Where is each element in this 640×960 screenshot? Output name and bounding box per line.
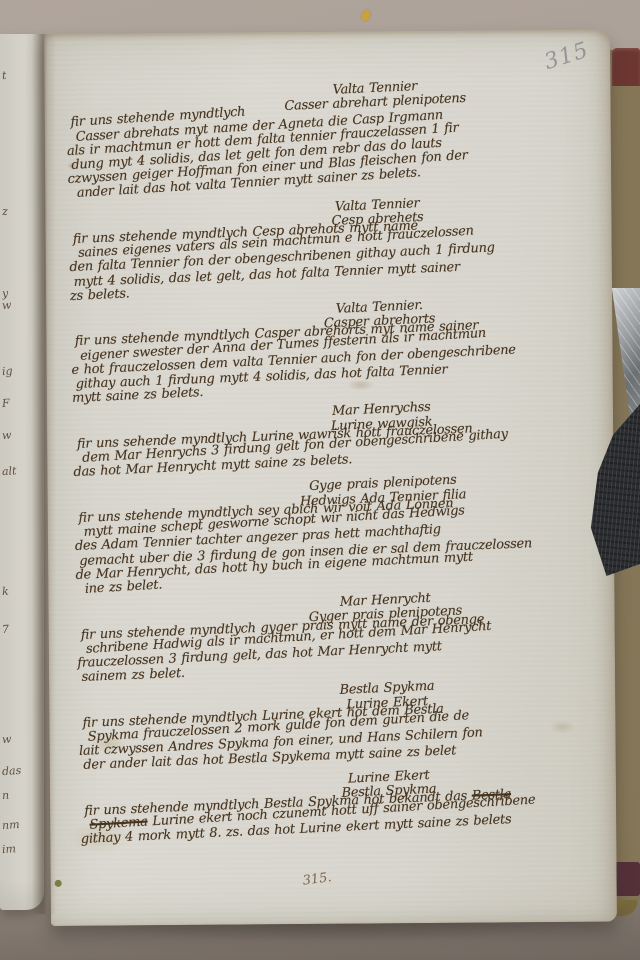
ink-folio-number: 315. — [302, 870, 333, 889]
photo-of-manuscript-book: tzywigFwaltk7wdasnnmim 315 Valta Tennier… — [0, 0, 640, 960]
margin-fragment: nm — [2, 817, 37, 833]
margin-fragment: t — [2, 67, 37, 83]
section: Valta Tennier.Casper abrehortsfir uns st… — [70, 296, 606, 406]
section: Mar HenrychssLurine wawgiskfir uns sehen… — [72, 399, 607, 481]
left-page: tzywigFwaltk7wdasnnmim — [0, 34, 44, 910]
margin-fragment: n — [2, 787, 37, 803]
margin-fragment: alt — [2, 463, 37, 479]
margin-fragment: F — [2, 395, 37, 411]
pencil-folio-number: 315 — [541, 38, 591, 75]
margin-fragment: w — [2, 297, 37, 313]
manuscript-text: Valta TennierCasser abrehart plenipotens… — [66, 74, 615, 847]
section: Gyge prais plenipotensHedwigs Ada Tennie… — [74, 473, 610, 597]
page-stain — [55, 880, 62, 887]
section: Mar HenrychtGyger prais plenipotensfir u… — [76, 589, 612, 685]
section: Valta TennierCasser abrehart plenipotens… — [66, 77, 602, 201]
margin-fragment: z — [2, 203, 37, 219]
section: Lurine EkertBestla Spykmafir uns stehend… — [80, 766, 615, 848]
section: Bestla SpykmaLurine Ekertfir uns stehend… — [78, 678, 614, 774]
margin-fragment: 7 — [2, 621, 37, 637]
margin-fragment: w — [2, 731, 37, 747]
margin-fragment: w — [2, 427, 37, 443]
margin-fragment: k — [2, 583, 37, 599]
section: Valta TennierCesp abrehetsfir uns stehen… — [68, 194, 604, 304]
margin-fragment: im — [2, 841, 37, 857]
paint-fleck — [360, 9, 372, 22]
margin-fragment: das — [2, 763, 37, 779]
margin-fragment: ig — [2, 363, 37, 379]
manuscript-page: 315 Valta TennierCasser abrehart plenipo… — [44, 30, 617, 926]
